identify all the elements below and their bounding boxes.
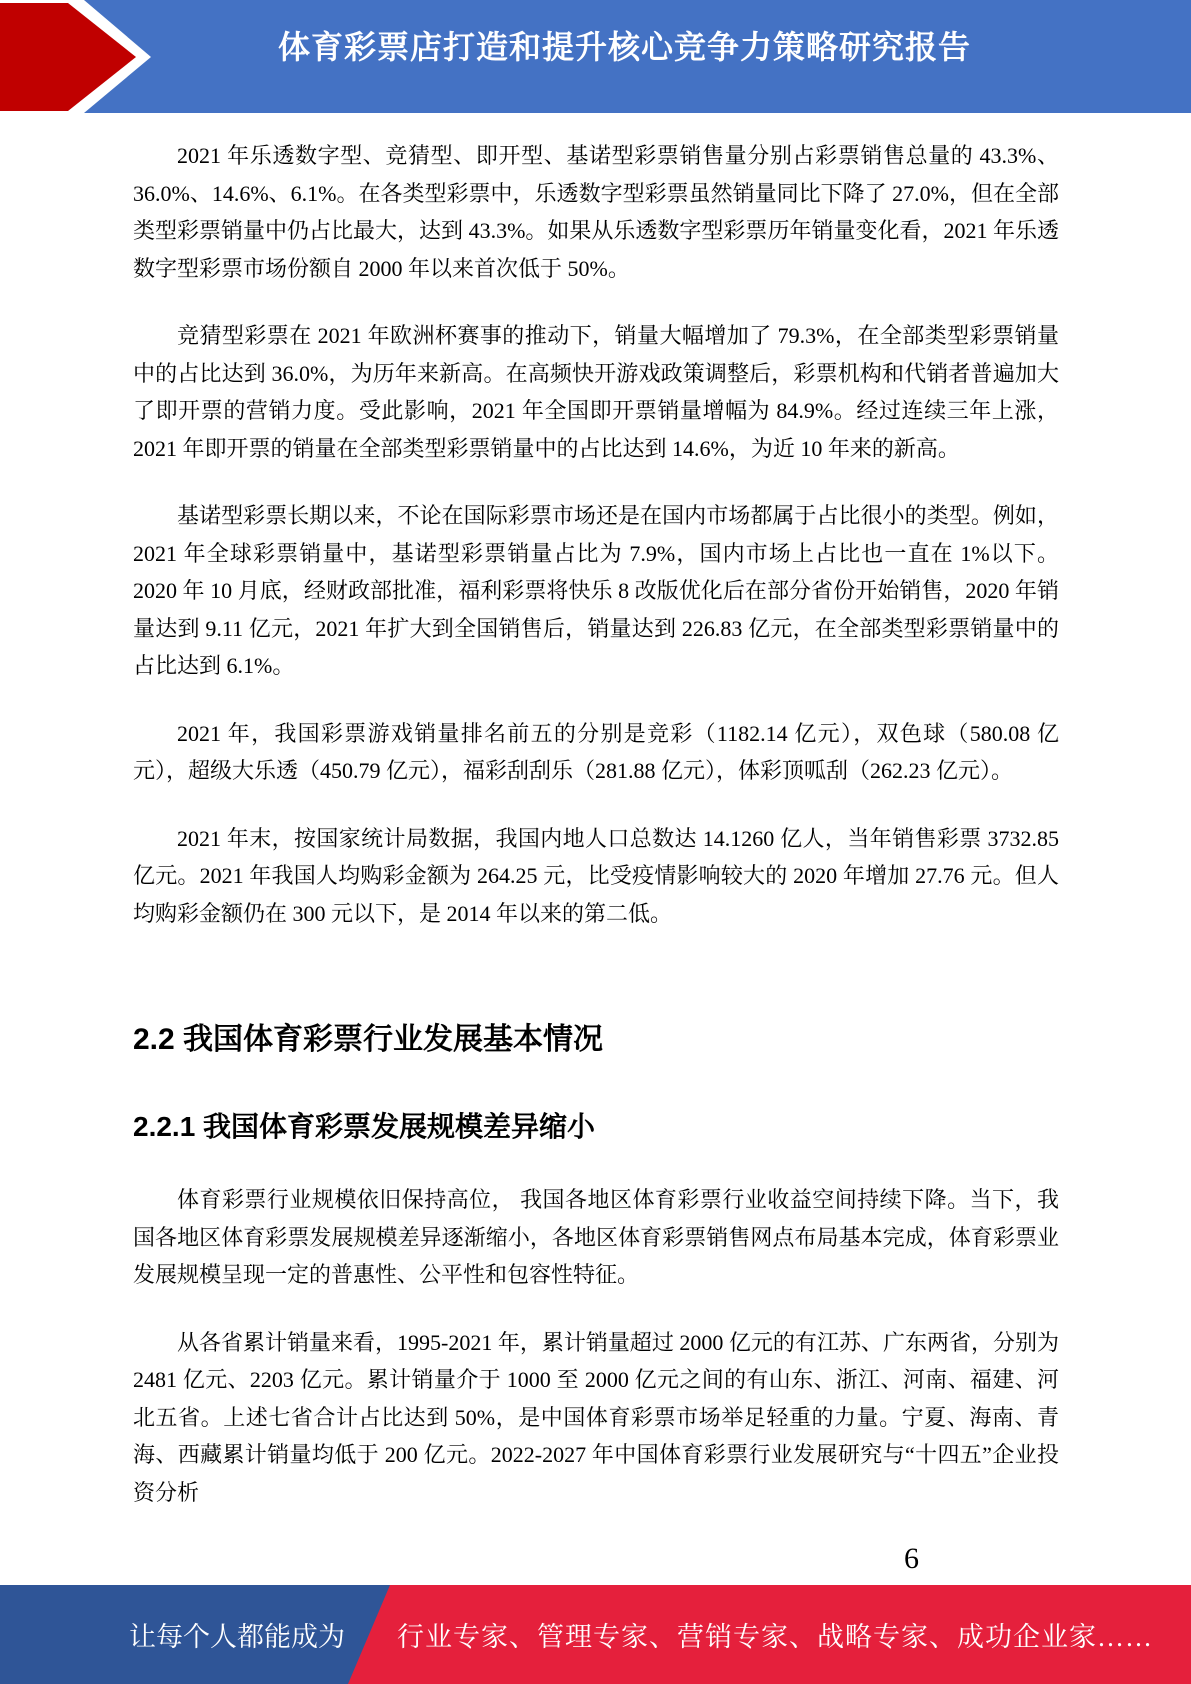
page-footer: 行业专家、管理专家、营销专家、战略专家、成功企业家…… 让每个人都能成为 [0,1585,1191,1684]
subsection-heading-2-2-1: 2.2.1 我国体育彩票发展规模差异缩小 [133,1110,1059,1143]
document-content: 2021 年乐透数字型、竞猜型、即开型、基诺型彩票销售量分别占彩票销售总量的 4… [0,113,1191,1577]
page-header-banner: 体育彩票店打造和提升核心竞争力策略研究报告 [0,0,1191,113]
body-paragraph-lottery-type-shares: 2021 年乐透数字型、竞猜型、即开型、基诺型彩票销售量分别占彩票销售总量的 4… [133,137,1059,287]
body-paragraph-provincial-sales: 从各省累计销量来看，1995-2021 年，累计销量超过 2000 亿元的有江苏… [133,1324,1059,1512]
report-page: 体育彩票店打造和提升核心竞争力策略研究报告 2021 年乐透数字型、竞猜型、即开… [0,0,1191,1684]
section-heading-2-2: 2.2 我国体育彩票行业发展基本情况 [133,1022,1059,1057]
body-paragraph-keno-lottery: 基诺型彩票长期以来，不论在国际彩票市场还是在国内市场都属于占比很小的类型。例如，… [133,497,1059,685]
body-paragraph-scale-difference: 体育彩票行业规模依旧保持高位， 我国各地区体育彩票行业收益空间持续下降。当下，我… [133,1181,1059,1294]
footer-experts-slogan: 行业专家、管理专家、营销专家、战略专家、成功企业家…… [397,1585,1153,1684]
footer-lead-slogan: 让每个人都能成为 [0,1585,390,1684]
body-paragraph-top-five-games: 2021 年，我国彩票游戏销量排名前五的分别是竞彩（1182.14 亿元），双色… [133,715,1059,790]
report-title: 体育彩票店打造和提升核心竞争力策略研究报告 [0,29,1191,65]
body-paragraph-sports-betting-growth: 竞猜型彩票在 2021 年欧洲杯赛事的推动下，销量大幅增加了 79.3%，在全部… [133,317,1059,467]
page-number: 6 [133,1541,1059,1577]
body-paragraph-per-capita-spending: 2021 年末，按国家统计局数据，我国内地人口总数达 14.1260 亿人，当年… [133,820,1059,933]
